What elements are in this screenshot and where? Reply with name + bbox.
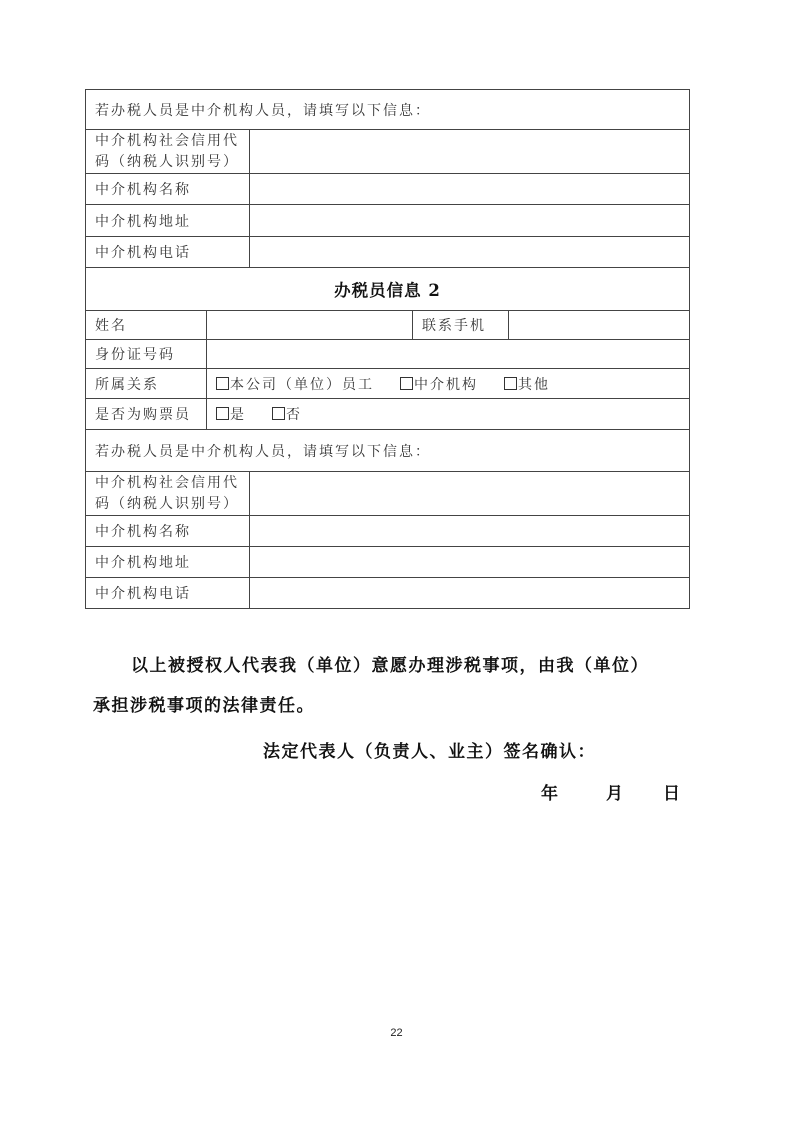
checkbox-icon[interactable] (504, 377, 517, 390)
checkbox-icon[interactable] (216, 407, 229, 420)
authorization-form-table: 若办税人员是中介机构人员，请填写以下信息： 中介机构社会信用代码（纳税人识别号）… (85, 89, 690, 609)
relation-option-employee[interactable]: 本公司（单位）员工 (216, 377, 374, 393)
intermediary-name-field[interactable] (250, 174, 690, 205)
buyer-label: 是否为购票员 (86, 399, 207, 430)
credit-code-field-2[interactable] (250, 472, 690, 516)
intermediary-phone-field[interactable] (250, 237, 690, 268)
intermediary-address-label: 中介机构地址 (86, 205, 250, 237)
intermediary-note-2: 若办税人员是中介机构人员，请填写以下信息： (86, 430, 690, 472)
intermediary-address-field[interactable] (250, 205, 690, 237)
intermediary-name-field-2[interactable] (250, 516, 690, 547)
page-number: 22 (0, 1027, 793, 1039)
credit-code-label-2: 中介机构社会信用代码（纳税人识别号） (86, 472, 250, 516)
mobile-field[interactable] (509, 311, 690, 340)
id-number-field[interactable] (207, 340, 690, 369)
credit-code-field[interactable] (250, 130, 690, 174)
checkbox-icon[interactable] (400, 377, 413, 390)
checkbox-icon[interactable] (216, 377, 229, 390)
name-field[interactable] (207, 311, 413, 340)
relation-option-other[interactable]: 其他 (504, 377, 550, 393)
intermediary-name-label: 中介机构名称 (86, 174, 250, 205)
signature-label: 法定代表人（负责人、业主）签名确认： (263, 737, 596, 762)
intermediary-note: 若办税人员是中介机构人员，请填写以下信息： (86, 90, 690, 130)
intermediary-address-field-2[interactable] (250, 547, 690, 578)
checkbox-icon[interactable] (272, 407, 285, 420)
section-title: 办税员信息 2 (86, 268, 690, 311)
date-day-label: 日 (663, 779, 682, 804)
mobile-label: 联系手机 (413, 311, 509, 340)
buyer-option-yes[interactable]: 是 (216, 407, 246, 423)
relation-options: 本公司（单位）员工中介机构其他 (207, 369, 690, 399)
date-year-label: 年 (541, 779, 560, 804)
declaration-line-2: 承担涉税事项的法律责任。 (93, 691, 315, 716)
intermediary-name-label-2: 中介机构名称 (86, 516, 250, 547)
declaration-line-1: 以上被授权人代表我（单位）意愿办理涉税事项，由我（单位） (131, 651, 649, 676)
buyer-option-no[interactable]: 否 (272, 407, 302, 423)
name-label: 姓名 (86, 311, 207, 340)
id-number-label: 身份证号码 (86, 340, 207, 369)
intermediary-phone-label-2: 中介机构电话 (86, 578, 250, 609)
credit-code-label: 中介机构社会信用代码（纳税人识别号） (86, 130, 250, 174)
buyer-options: 是否 (207, 399, 690, 430)
intermediary-address-label-2: 中介机构地址 (86, 547, 250, 578)
intermediary-phone-field-2[interactable] (250, 578, 690, 609)
relation-option-intermediary[interactable]: 中介机构 (400, 377, 478, 393)
date-month-label: 月 (606, 779, 625, 804)
intermediary-phone-label: 中介机构电话 (86, 237, 250, 268)
relation-label: 所属关系 (86, 369, 207, 399)
